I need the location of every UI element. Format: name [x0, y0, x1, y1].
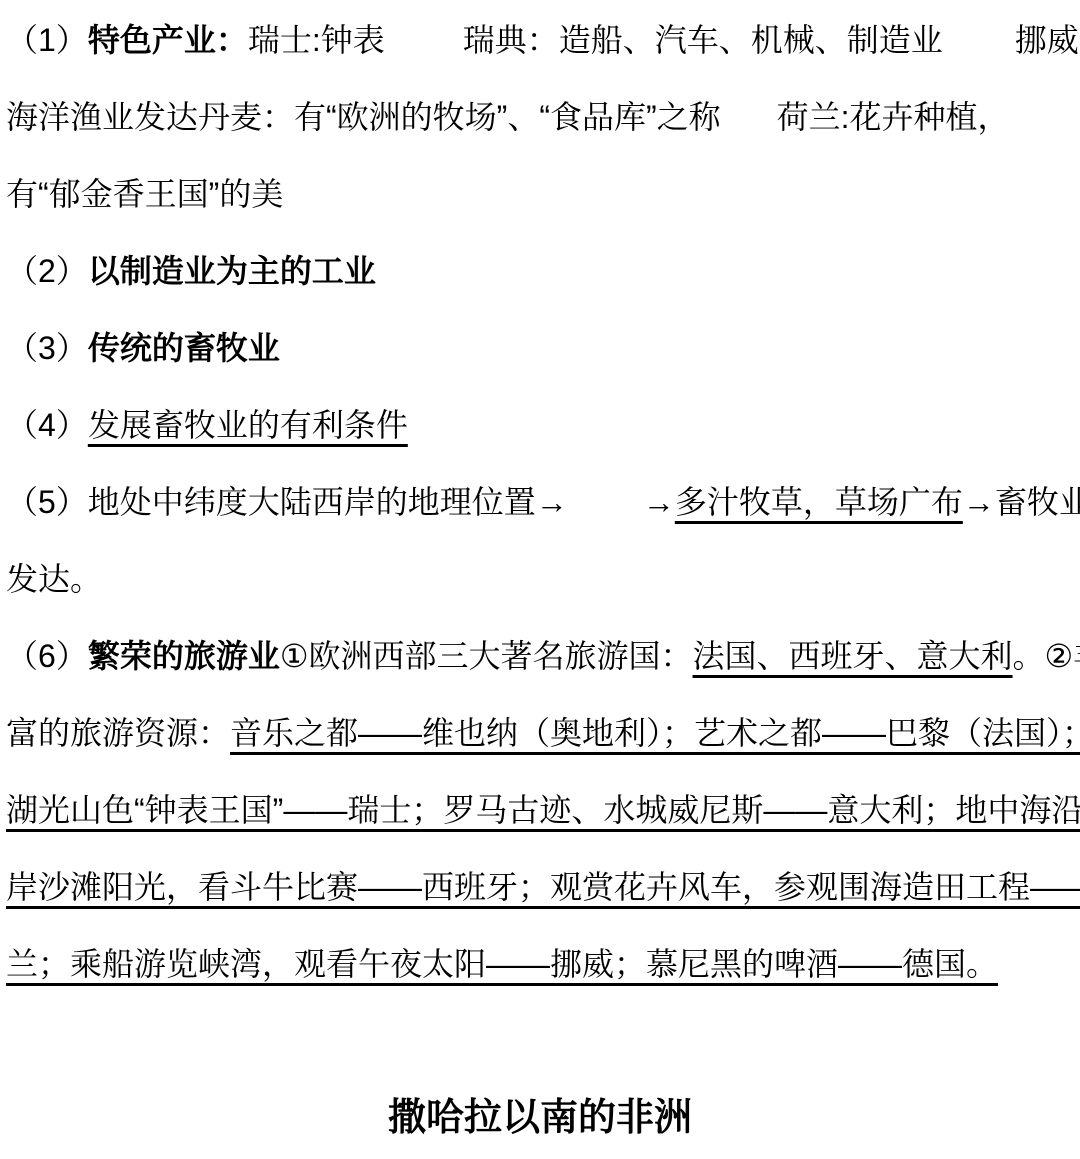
text-segment: 富的旅游资源：	[6, 715, 230, 751]
text-segment: 多汁牧草，草场广布	[675, 484, 963, 520]
text-segment: 法国、西班牙、意大利	[693, 638, 1013, 674]
line-item-6-continued-3: 岸沙滩阳光，看斗牛比赛——西班牙；观赏花卉风车，参观围海造田工程——荷	[6, 849, 1074, 926]
text-segment: 湖光山色“钟表王国”——瑞士；罗马古迹、水城威尼斯——意大利；地中海沿	[6, 792, 1080, 828]
line-item-1-continued: 海洋渔业发达丹麦：有“欧洲的牧场”、“食品库”之称荷兰:花卉种植，	[6, 79, 1074, 156]
line-item-6-continued-4: 兰；乘船游览峡湾，观看午夜太阳——挪威；慕尼黑的啤酒——德国。	[6, 926, 1074, 1003]
text-segment: 特色产业：	[88, 22, 248, 58]
line-item-4-conditions: （4）发展畜牧业的有利条件	[6, 387, 1074, 464]
document-body: （1）特色产业：瑞士:钟表瑞典：造船、汽车、机械、制造业挪威：海洋渔业发达丹麦：…	[0, 0, 1080, 1003]
text-segment: 音乐之都——维也纳（奥地利）；艺术之都——巴黎（法国）；	[230, 715, 1080, 751]
text-segment: 传统的畜牧业	[88, 330, 280, 366]
page: （1）特色产业：瑞士:钟表瑞典：造船、汽车、机械、制造业挪威：海洋渔业发达丹麦：…	[0, 0, 1080, 1159]
line-item-2-manufacturing: （2）以制造业为主的工业	[6, 233, 1074, 310]
line-item-6-tourism: （6）繁荣的旅游业①欧洲西部三大著名旅游国：法国、西班牙、意大利。②丰	[6, 618, 1074, 695]
spacing-gap	[943, 50, 1015, 51]
line-item-6-continued-2: 湖光山色“钟表王国”——瑞士；罗马古迹、水城威尼斯——意大利；地中海沿	[6, 772, 1074, 849]
text-segment: 发展畜牧业的有利条件	[88, 407, 408, 443]
text-segment: （1）	[6, 22, 88, 58]
spacing-gap	[721, 127, 777, 128]
text-segment: ①欧洲西部三大著名旅游国：	[280, 638, 693, 674]
text-segment: （5）地处中纬度大陆西岸的地理位置	[6, 484, 536, 520]
text-segment: （6）	[6, 638, 88, 674]
text-segment: 岸沙滩阳光，看斗牛比赛——西班牙；观赏花卉风车，参观围海造田工程——荷	[6, 869, 1080, 905]
text-segment: （2）	[6, 253, 88, 289]
text-segment: 瑞士:钟表	[248, 22, 385, 58]
text-segment: 有“郁金香王国”的美	[6, 176, 283, 212]
line-item-6-continued-1: 富的旅游资源：音乐之都——维也纳（奥地利）；艺术之都——巴黎（法国）；	[6, 695, 1074, 772]
spacing-gap	[385, 50, 463, 51]
text-segment: 兰；乘船游览峡湾，观看午夜太阳——挪威；慕尼黑的啤酒——德国。	[6, 946, 998, 982]
arrow-icon: →	[536, 484, 568, 520]
text-segment: 瑞典：造船、汽车、机械、制造业	[463, 22, 943, 58]
section-heading: 撒哈拉以南的非洲	[0, 1095, 1080, 1141]
line-item-5-continued: 发达。	[6, 541, 1074, 618]
line-item-1-continued-2: 有“郁金香王国”的美	[6, 156, 1074, 233]
text-segment: 畜牧业	[995, 484, 1080, 520]
text-segment: （3）	[6, 330, 88, 366]
text-segment: （4）	[6, 407, 88, 443]
line-item-5-location: （5）地处中纬度大陆西岸的地理位置→→多汁牧草，草场广布→畜牧业	[6, 464, 1074, 541]
line-item-1-industries: （1）特色产业：瑞士:钟表瑞典：造船、汽车、机械、制造业挪威：	[6, 2, 1074, 79]
text-segment: 挪威：	[1015, 22, 1080, 58]
text-segment: 发达。	[6, 561, 102, 597]
text-segment: 海洋渔业发达丹麦：有“欧洲的牧场”、“食品库”之称	[6, 99, 721, 135]
arrow-icon: →	[963, 484, 995, 520]
text-segment: 。②丰	[1013, 638, 1080, 674]
line-item-3-husbandry: （3）传统的畜牧业	[6, 310, 1074, 387]
text-segment: 繁荣的旅游业	[88, 638, 280, 674]
spacing-gap	[568, 512, 643, 513]
text-segment: 荷兰:花卉种植，	[777, 99, 1010, 135]
text-segment: 以制造业为主的工业	[88, 253, 376, 289]
arrow-icon: →	[643, 484, 675, 520]
